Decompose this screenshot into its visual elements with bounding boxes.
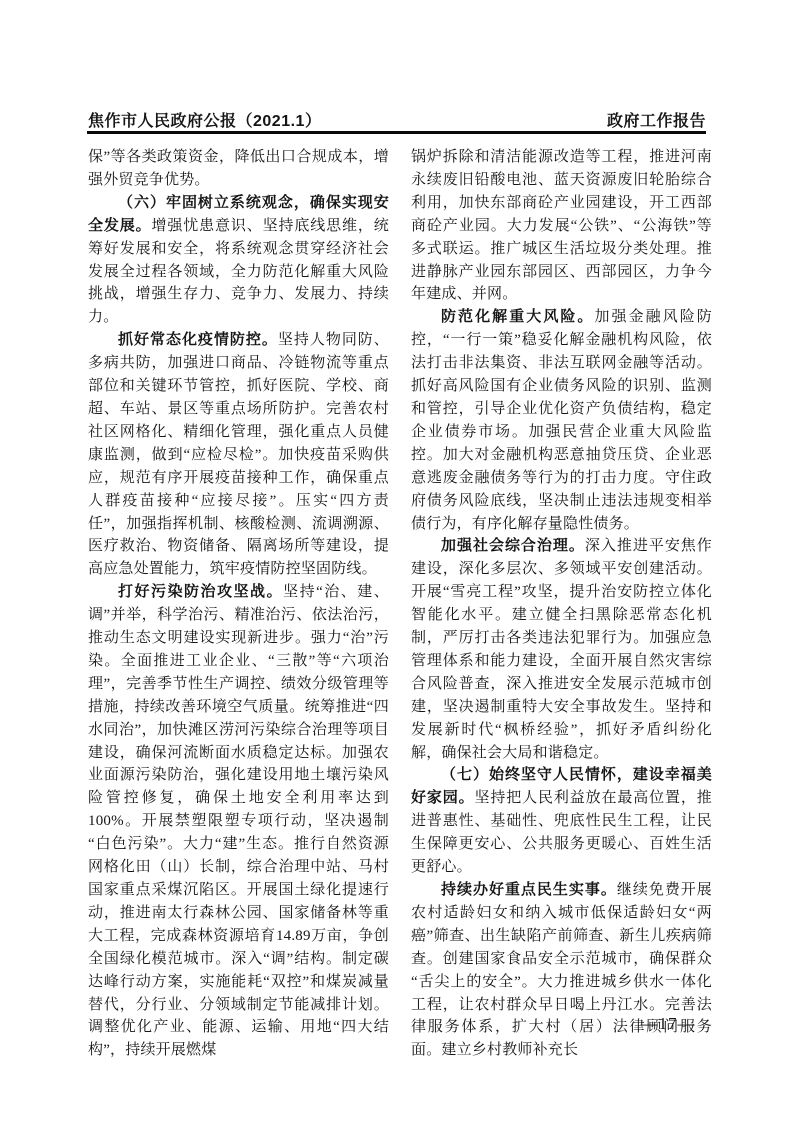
paragraph: 锅炉拆除和清洁能源改造等工程，推进河南永续废旧铅酸电池、蓝天资源废旧轮胎综合利用…	[411, 146, 712, 306]
gazette-title: 焦作市人民政府公报（2021.1）	[88, 108, 321, 131]
paragraph: （六）牢固树立系统观念，确保实现安全发展。增强忧患意识、坚持底线思维，统筹好发展…	[88, 192, 389, 329]
paragraph: 持续办好重点民生实事。继续免费开展农村适龄妇女和纳入城市低保适龄妇女“两癌”筛查…	[411, 879, 712, 1062]
header-divider-rule	[87, 131, 706, 134]
paragraph: 加强社会综合治理。深入推进平安焦作建设，深化多层次、多领域平安创建活动。开展“雪…	[411, 535, 712, 764]
page-number: —17—	[623, 1014, 713, 1034]
paragraph-lead: 防范化解重大风险。	[441, 309, 594, 325]
paragraph: 抓好常态化疫情防控。坚持人物同防、多病共防，加强进口商品、冷链物流等重点部位和关…	[88, 329, 389, 581]
paragraph-lead: 抓好常态化疫情防控。	[118, 332, 278, 348]
paragraph: （七）始终坚守人民情怀，建设幸福美好家园。坚持把人民利益放在最高位置，推进普惠性…	[411, 764, 712, 879]
text-column-right: 锅炉拆除和清洁能源改造等工程，推进河南永续废旧铅酸电池、蓝天资源废旧轮胎综合利用…	[411, 146, 712, 1062]
paragraph: 防范化解重大风险。加强金融风险防控，“一行一策”稳妥化解金融机构风险，依法打击非…	[411, 306, 712, 535]
paragraph-lead: 打好污染防治攻坚战。	[118, 584, 283, 600]
paragraph-lead: （七）始终坚守人民情怀，建设幸福美好家园。	[411, 767, 712, 806]
paragraph-lead: （六）牢固树立系统观念，确保实现安全发展。	[88, 195, 389, 234]
document-page: 焦作市人民政府公报（2021.1） 政府工作报告 保”等各类政策资金，降低出口合…	[0, 0, 793, 1122]
paragraph-lead: 加强社会综合治理。	[441, 538, 585, 554]
paragraph: 保”等各类政策资金，降低出口合规成本，增强外贸竞争优势。	[88, 146, 389, 192]
paragraph: 打好污染防治攻坚战。坚持“治、建、调”并举，科学治污、精准治污、依法治污，推动生…	[88, 581, 389, 1062]
paragraph-lead: 持续办好重点民生实事。	[441, 882, 617, 898]
text-column-left: 保”等各类政策资金，降低出口合规成本，增强外贸竞争优势。（六）牢固树立系统观念，…	[88, 146, 389, 1062]
report-title: 政府工作报告	[607, 108, 706, 131]
